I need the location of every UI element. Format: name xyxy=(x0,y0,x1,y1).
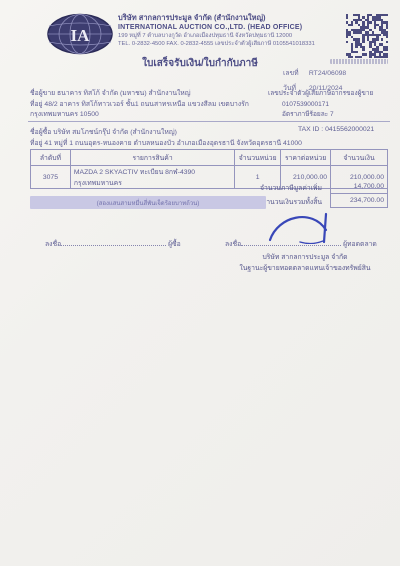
vat-amount: 14,700.00 xyxy=(330,180,388,194)
col-header-amount: จำนวนเงิน xyxy=(331,150,388,166)
company-contact: TEL. 0-2832-4500 FAX. 0-2832-4555 เลขประ… xyxy=(118,40,333,48)
auctioneer-signature-line: ลงชื่อ ผู้ทอดตลาด xyxy=(225,238,377,249)
seller-vat-rate: อัตราภาษีร้อยละ 7 xyxy=(268,110,393,121)
total-amount: 234,700.00 xyxy=(330,194,388,208)
col-header-description: รายการสินค้า xyxy=(70,150,234,166)
document-number-label: เลขที่ xyxy=(283,67,307,78)
vat-label: จำนวนภาษีมูลค่าเพิ่ม xyxy=(260,182,330,193)
buyer-role-label: ผู้ซื้อ xyxy=(168,241,181,248)
buyer-tax-id: TAX ID : 0415562000021 xyxy=(298,126,374,133)
sign-label-auctioneer: ลงชื่อ xyxy=(225,241,241,248)
buyer-signature-dotted-line xyxy=(61,239,166,246)
auctioneer-role-label: ผู้ทอดตลาด xyxy=(343,241,377,248)
seller-address-1: ที่อยู่ 48/2 อาคาร ทิสโก้ทาวเวอร์ ชั้น1 … xyxy=(30,100,270,111)
buyer-address: ที่อยู่ 41 หมู่ที่ 1 ถนนอุดร-หนองคาย ตำบ… xyxy=(30,137,360,148)
col-header-qty: จำนวนหน่วย xyxy=(235,150,281,166)
company-name-en: INTERNATIONAL AUCTION CO.,LTD. (HEAD OFF… xyxy=(118,23,333,32)
vat-row: จำนวนภาษีมูลค่าเพิ่ม 14,700.00 xyxy=(30,180,388,194)
seller-tax-info: เลขประจำตัวผู้เสียภาษีอากรของผู้ขาย 0107… xyxy=(268,89,393,121)
logo-monogram: IA xyxy=(71,26,91,45)
globe-ia-icon: IA xyxy=(46,13,114,55)
company-logo: IA xyxy=(46,13,114,55)
col-header-unit-price: ราคาต่อหน่วย xyxy=(281,150,331,166)
items-table-header-row: ลำดับที่ รายการสินค้า จำนวนหน่วย ราคาต่อ… xyxy=(31,150,388,166)
company-header: บริษัท สากลการประมูล จำกัด (สำนักงานใหญ่… xyxy=(118,13,333,48)
seller-tax-id: 0107539000171 xyxy=(268,100,393,111)
amount-in-words: (สองแสนสามหมื่นสี่พันเจ็ดร้อยบาทถ้วน) xyxy=(30,196,266,209)
buyer-signature-line: ลงชื่อ ผู้ซื้อ xyxy=(45,238,181,249)
seller-name: ชื่อผู้ขาย ธนาคาร ทิสโก้ จำกัด (มหาชน) ส… xyxy=(30,89,270,100)
receipt-document: IA บริษัท สากลการประมูล จำกัด (สำนักงานใ… xyxy=(0,0,400,566)
buyer-name: ชื่อผู้ซื้อ บริษัท สมโภชน์กรุ๊ป จำกัด (ส… xyxy=(30,126,290,137)
auction-company-name: บริษัท สากลการประมูล จำกัด xyxy=(225,251,385,262)
seller-info: ชื่อผู้ขาย ธนาคาร ทิสโก้ จำกัด (มหาชน) ส… xyxy=(30,89,270,121)
qr-code-icon xyxy=(346,14,388,58)
col-header-no: ลำดับที่ xyxy=(31,150,71,166)
company-address: 199 หมู่ที่ 7 ตำบลบางกูวัด อำเภอเมืองปทุ… xyxy=(118,32,333,40)
section-divider xyxy=(28,121,390,122)
auction-company-note: ในฐานะผู้ขายทอดตลาดแทนเจ้าของทรัพย์สิน xyxy=(210,262,400,273)
document-number: RT24/06098 xyxy=(309,70,346,77)
total-label: จำนวนเงินรวมทั้งสิ้น xyxy=(262,196,330,207)
company-name-th: บริษัท สากลการประมูล จำกัด (สำนักงานใหญ่… xyxy=(118,13,333,23)
seller-address-2: กรุงเทพมหานคร 10500 xyxy=(30,110,270,121)
auctioneer-signature-dotted-line xyxy=(241,239,341,246)
sign-label-buyer: ลงชื่อ xyxy=(45,241,61,248)
seller-tax-id-label: เลขประจำตัวผู้เสียภาษีอากรของผู้ขาย xyxy=(268,89,393,100)
document-number-row: เลขที่ RT24/06098 xyxy=(283,67,346,78)
